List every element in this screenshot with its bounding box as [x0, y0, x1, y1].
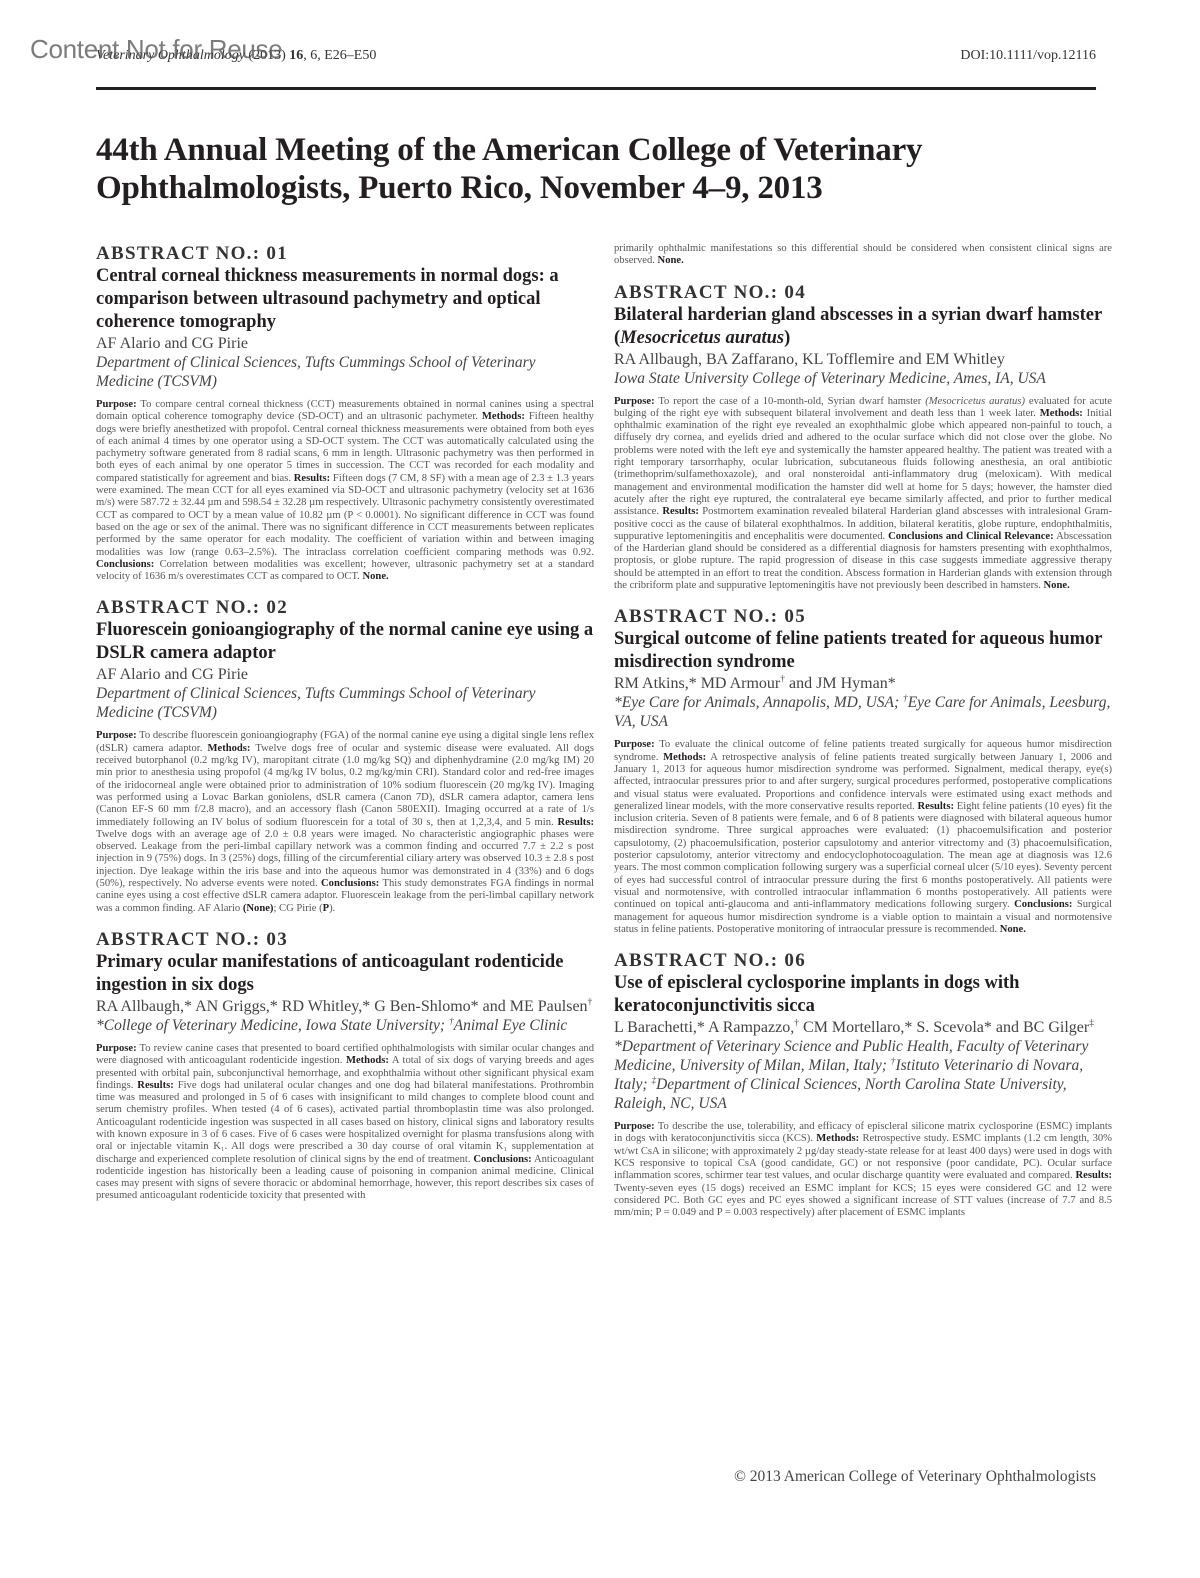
abstract-body: Purpose: To describe the use, tolerabili…: [614, 1121, 1112, 1219]
abstract-affiliation: *Eye Care for Animals, Annapolis, MD, US…: [614, 693, 1112, 731]
journal-volume: 16: [289, 48, 303, 63]
abstract-title: Primary ocular manifestations of anticoa…: [96, 951, 594, 997]
abstract-authors: AF Alario and CG Pirie: [96, 665, 594, 684]
abstract-05: ABSTRACT NO.: 05 Surgical outcome of fel…: [614, 606, 1112, 936]
label-purpose: Purpose:: [96, 730, 137, 741]
abstract-authors: AF Alario and CG Pirie: [96, 334, 594, 353]
abstract-body: Purpose: To compare central corneal thic…: [96, 399, 594, 583]
purpose-text: To report the case of a 10-month-old, Sy…: [658, 396, 925, 407]
label-methods: Methods:: [816, 1133, 859, 1144]
label-results: Results:: [1076, 1170, 1113, 1181]
results-text: Eight feline patients (10 eyes) fit the …: [614, 801, 1112, 910]
species-name: (Mesocricetus auratus): [925, 396, 1025, 407]
page-title: 44th Annual Meeting of the American Coll…: [96, 131, 1096, 207]
abstract-title: Bilateral harderian gland abscesses in a…: [614, 304, 1112, 350]
abstract-affiliation: Iowa State University College of Veterin…: [614, 369, 1112, 388]
results-text: Five dogs had unilateral ocular changes …: [96, 1080, 594, 1165]
abstract-02: ABSTRACT NO.: 02 Fluorescein gonioangiog…: [96, 597, 594, 914]
affiliation-text: Department of Clinical Sciences, North C…: [614, 1076, 1067, 1112]
abstract-affiliation: Department of Clinical Sciences, Tufts C…: [96, 353, 594, 391]
abstract-06: ABSTRACT NO.: 06 Use of episcleral cyclo…: [614, 950, 1112, 1219]
abstract-authors: RM Atkins,* MD Armour† and JM Hyman*: [614, 674, 1112, 693]
continuation-text: primarily ophthalmic manifestations so t…: [614, 243, 1112, 266]
abstract-authors: RA Allbaugh,* AN Griggs,* RD Whitley,* G…: [96, 997, 594, 1016]
abstract-title: Fluorescein gonioangiography of the norm…: [96, 619, 594, 665]
abstract-body: Purpose: To evaluate the clinical outcom…: [614, 739, 1112, 936]
abstract-01: ABSTRACT NO.: 01 Central corneal thickne…: [96, 243, 594, 583]
double-dagger-mark: ‡: [1089, 1018, 1094, 1029]
affiliation-text: Animal Eye Clinic: [454, 1017, 568, 1034]
label-methods: Methods:: [1040, 408, 1083, 419]
left-column: ABSTRACT NO.: 01 Central corneal thickne…: [96, 243, 594, 1217]
abstract-title: Central corneal thickness measurements i…: [96, 265, 594, 334]
label-methods: Methods:: [482, 411, 525, 422]
abstract-authors: RA Allbaugh, BA Zaffarano, KL Tofflemire…: [614, 350, 1112, 369]
authors-text: and JM Hyman*: [785, 675, 896, 692]
label-conclusions: Conclusions:: [473, 1154, 531, 1165]
results-text: Twenty-seven eyes (15 dogs) received an …: [614, 1183, 1112, 1219]
results-text: Fifteen dogs (7 CM, 8 SF) with a mean ag…: [96, 473, 594, 558]
label-methods: Methods:: [663, 752, 706, 763]
methods-text: Initial ophthalmic examination of the ri…: [614, 408, 1112, 517]
disclosure: None.: [658, 255, 684, 266]
watermark: Content Not for Reuse: [30, 34, 282, 65]
doi[interactable]: DOI:10.1111/vop.12116: [960, 48, 1096, 64]
label-results: Results:: [557, 817, 594, 828]
label-conclusions-clinical: Conclusions and Clinical Relevance:: [888, 531, 1054, 542]
disclosure: None.: [1000, 924, 1026, 935]
label-purpose: Purpose:: [96, 399, 137, 410]
label-conclusions: Conclusions:: [96, 559, 154, 570]
abstract-number: ABSTRACT NO.: 02: [96, 597, 594, 619]
species-name: Mesocricetus auratus: [620, 328, 784, 348]
label-results: Results:: [662, 506, 699, 517]
label-results: Results:: [137, 1080, 174, 1091]
label-conclusions: Conclusions:: [1014, 899, 1072, 910]
abstract-body: Purpose: To describe fluorescein gonioan…: [96, 730, 594, 914]
label-conclusions: Conclusions:: [321, 878, 379, 889]
abstract-number: ABSTRACT NO.: 01: [96, 243, 594, 265]
abstract-affiliation: *Department of Veterinary Science and Pu…: [614, 1037, 1112, 1113]
label-purpose: Purpose:: [614, 396, 655, 407]
disclosure: None.: [362, 571, 388, 582]
abstract-title: Use of episcleral cyclosporine implants …: [614, 972, 1112, 1018]
abstract-body: Purpose: To review canine cases that pre…: [96, 1043, 594, 1203]
abstract-04: ABSTRACT NO.: 04 Bilateral harderian gla…: [614, 282, 1112, 593]
right-column: primarily ophthalmic manifestations so t…: [614, 243, 1112, 1233]
disclosure-alario: (None): [243, 903, 274, 914]
abstract-number: ABSTRACT NO.: 06: [614, 950, 1112, 972]
label-results: Results:: [918, 801, 955, 812]
authors-text: L Barachetti,* A Rampazzo,: [614, 1019, 794, 1036]
abstract-number: ABSTRACT NO.: 05: [614, 606, 1112, 628]
abstract-body: Purpose: To report the case of a 10-mont…: [614, 396, 1112, 593]
affiliation-text: *College of Veterinary Medicine, Iowa St…: [96, 1017, 449, 1034]
conclusions-text: Correlation between modalities was excel…: [96, 559, 594, 582]
disclosure-separator: ; CG Pirie (: [273, 903, 322, 914]
abstract-authors: L Barachetti,* A Rampazzo,† CM Mortellar…: [614, 1018, 1112, 1037]
label-methods: Methods:: [346, 1055, 389, 1066]
abstract-03: ABSTRACT NO.: 03 Primary ocular manifest…: [96, 929, 594, 1203]
affiliation-text: *Eye Care for Animals, Annapolis, MD, US…: [614, 694, 903, 711]
copyright-footer: © 2013 American College of Veterinary Op…: [734, 1468, 1096, 1486]
abstract-03-continuation: primarily ophthalmic manifestations so t…: [614, 243, 1112, 268]
title-text: ): [784, 328, 790, 348]
label-purpose: Purpose:: [96, 1043, 137, 1054]
authors-text: RA Allbaugh,* AN Griggs,* RD Whitley,* G…: [96, 998, 588, 1015]
label-methods: Methods:: [208, 743, 251, 754]
abstract-number: ABSTRACT NO.: 03: [96, 929, 594, 951]
dagger-mark: †: [588, 997, 593, 1008]
disclosure: None.: [1044, 580, 1070, 591]
methods-text: Twelve dogs free of ocular and systemic …: [96, 743, 594, 828]
label-results: Results:: [294, 473, 331, 484]
header-rule: [96, 87, 1096, 90]
disclosure-end: ).: [329, 903, 335, 914]
authors-text: RM Atkins,* MD Armour: [614, 675, 780, 692]
label-purpose: Purpose:: [614, 1121, 655, 1132]
label-purpose: Purpose:: [614, 739, 655, 750]
abstract-affiliation: Department of Clinical Sciences, Tufts C…: [96, 684, 594, 722]
abstract-number: ABSTRACT NO.: 04: [614, 282, 1112, 304]
abstract-title: Surgical outcome of feline patients trea…: [614, 628, 1112, 674]
abstract-affiliation: *College of Veterinary Medicine, Iowa St…: [96, 1016, 594, 1035]
authors-text: CM Mortellaro,* S. Scevola* and BC Gilge…: [799, 1019, 1089, 1036]
journal-issue-pages: , 6, E26–E50: [303, 48, 376, 63]
